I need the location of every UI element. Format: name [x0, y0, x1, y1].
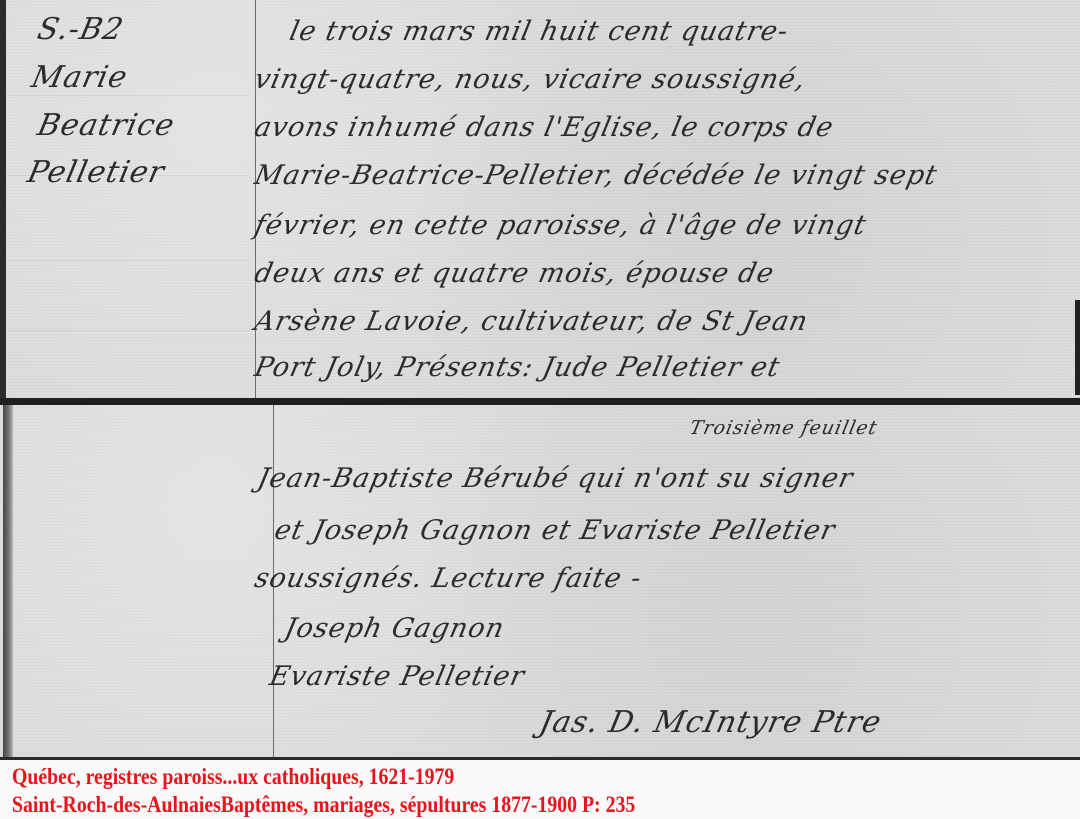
signature: Joseph Gagnon — [282, 613, 508, 644]
register-line: Port Joly, Présents: Jude Pelletier et — [252, 352, 783, 383]
margin-name-first: Marie — [28, 60, 131, 95]
register-line: Arsène Lavoie, cultivateur, de St Jean — [252, 306, 811, 337]
signature-priest: Jas. D. McIntyre Ptre — [536, 705, 885, 740]
ruling-line — [0, 330, 250, 331]
scan-edge — [3, 405, 13, 757]
ruling-line — [0, 95, 250, 96]
register-image-top: S.-B2 Marie Beatrice Pelletier le trois … — [0, 0, 1080, 398]
margin-name-last: Pelletier — [24, 155, 168, 190]
register-line: soussignés. Lecture faite - — [252, 563, 645, 594]
page-heading: Troisième feuillet — [688, 417, 880, 439]
scan-edge — [1075, 300, 1080, 395]
register-line: deux ans et quatre mois, épouse de — [252, 258, 778, 289]
entry-number: S.-B2 — [34, 12, 127, 47]
crop-divider — [0, 398, 1080, 405]
caption-collection: Québec, registres paroiss...ux catholiqu… — [12, 763, 454, 790]
register-image-bottom: Troisième feuillet Jean-Baptiste Bérubé … — [0, 405, 1080, 759]
document-viewer: S.-B2 Marie Beatrice Pelletier le trois … — [0, 0, 1080, 819]
signature: Evariste Pelletier — [267, 661, 528, 692]
source-caption: Québec, registres paroiss...ux catholiqu… — [0, 760, 1080, 819]
register-line: Jean-Baptiste Bérubé qui n'ont su signer — [255, 463, 857, 494]
margin-name-middle: Beatrice — [34, 108, 178, 143]
caption-parish-page: Saint-Roch-des-AulnaiesBaptêmes, mariage… — [12, 791, 635, 818]
margin-rule — [255, 0, 256, 398]
register-line: le trois mars mil huit cent quatre- — [287, 16, 792, 47]
ruling-line — [0, 260, 250, 261]
register-line: Marie-Beatrice-Pelletier, décédée le vin… — [252, 160, 941, 191]
register-line: avons inhumé dans l'Eglise, le corps de — [252, 112, 837, 143]
register-line: et Joseph Gagnon et Evariste Pelletier — [272, 515, 839, 546]
register-line: vingt-quatre, nous, vicaire soussigné, — [252, 64, 809, 95]
register-line: février, en cette paroisse, à l'âge de v… — [252, 210, 870, 241]
scan-edge — [0, 0, 6, 398]
